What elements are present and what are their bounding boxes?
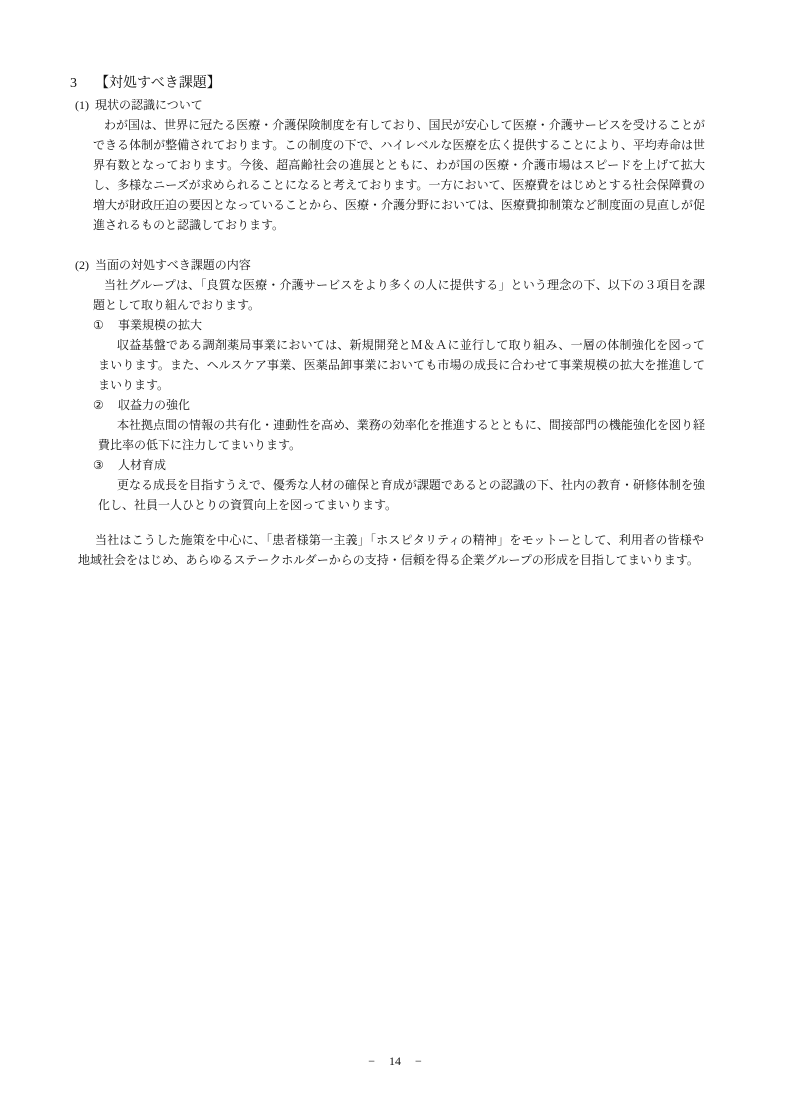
item-3: ③人材育成 更なる成長を目指すうえで、優秀な人材の確保と育成が課題であるとの認識… (0, 455, 790, 515)
item-2-heading: ②収益力の強化 (0, 395, 790, 415)
item-1: ①事業規模の拡大 収益基盤である調剤薬局事業においては、新規開発とＭ＆Ａに並行し… (0, 315, 790, 395)
footer-dash-right: − (415, 1052, 422, 1070)
item-2-number: ② (93, 395, 118, 415)
footer-dash-left: − (368, 1052, 375, 1070)
section-title-text: 【対処すべき課題】 (95, 76, 221, 91)
subsection-2-label: (2) (75, 255, 95, 275)
closing-paragraph: 当社はこうした施策を中心に、「患者様第一主義」「ホスピタリティの精神」をモットー… (78, 530, 704, 570)
item-2: ②収益力の強化 本社拠点間の情報の共有化・連動性を高め、業務の効率化を推進すると… (0, 395, 790, 455)
paragraph: 当社グループは、「良質な医療・介護サービスをより多くの人に提供する」という理念の… (93, 275, 705, 315)
item-paragraph: 更なる成長を目指すうえで、優秀な人材の確保と育成が課題であるとの認識の下、社内の… (98, 475, 705, 515)
item-paragraph: 本社拠点間の情報の共有化・連動性を高め、業務の効率化を推進するとともに、間接部門… (98, 415, 705, 455)
item-3-number: ③ (93, 455, 118, 475)
subsection-1-heading-text: 現状の認識について (95, 98, 203, 112)
subsection-1: (1)現状の認識について わが国は、世界に冠たる医療・介護保険制度を有しており、… (0, 95, 790, 235)
page-footer: −14− (0, 1052, 790, 1070)
item-paragraph: 収益基盤である調剤薬局事業においては、新規開発とＭ＆Ａに並行して取り組み、一層の… (98, 335, 705, 395)
item-1-number: ① (93, 315, 118, 335)
section-title-number: 3 (70, 73, 95, 95)
subsection-1-heading: (1)現状の認識について (0, 95, 790, 115)
subsection-1-label: (1) (75, 95, 95, 115)
item-1-heading: ①事業規模の拡大 (0, 315, 790, 335)
paragraph: わが国は、世界に冠たる医療・介護保険制度を有しており、国民が安心して医療・介護サ… (93, 115, 705, 235)
item-1-heading-text: 事業規模の拡大 (118, 318, 202, 332)
page-number: 14 (389, 1052, 401, 1070)
subsection-2: (2)当面の対処すべき課題の内容 当社グループは、「良質な医療・介護サービスをよ… (0, 255, 790, 515)
subsection-2-heading-text: 当面の対処すべき課題の内容 (95, 258, 251, 272)
section-title: 3【対処すべき課題】 (0, 73, 790, 95)
subsection-2-heading: (2)当面の対処すべき課題の内容 (0, 255, 790, 275)
item-3-heading: ③人材育成 (0, 455, 790, 475)
item-3-heading-text: 人材育成 (118, 458, 166, 472)
item-2-heading-text: 収益力の強化 (118, 398, 190, 412)
document-page: 3【対処すべき課題】 (1)現状の認識について わが国は、世界に冠たる医療・介護… (0, 0, 790, 1118)
